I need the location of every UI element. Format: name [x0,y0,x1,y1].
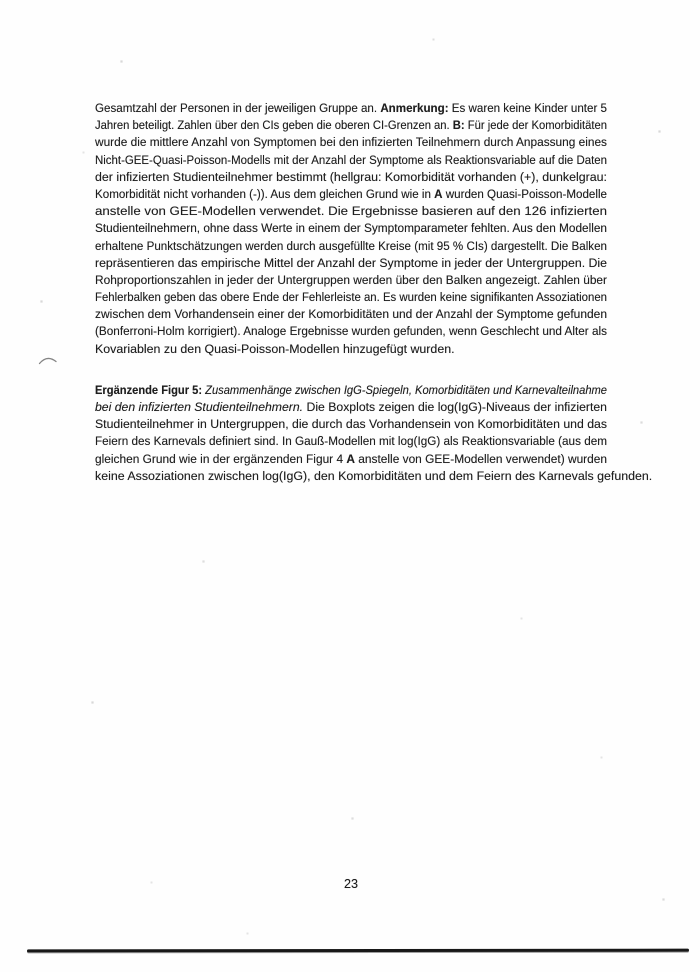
text-line-content: zwischen dem Vorhandensein einer der Kom… [95,306,607,323]
scan-dust-speckles [0,0,1,1]
text-line: gleichen Grund wie in der ergänzenden Fi… [95,451,607,468]
text-line: Gesamtzahl der Personen in der jeweilige… [95,100,607,117]
text-line: Ergänzende Figur 5: Zusammenhänge zwisch… [95,382,607,399]
text-line-content: Kovariablen zu den Quasi-Poisson-Modelle… [95,341,455,358]
text-line-content: Feiern des Karnevals definiert sind. In … [95,433,607,450]
text-line: Feiern des Karnevals definiert sind. In … [95,433,607,450]
text-line: Studienteilnehmern, ohne dass Werte in e… [95,220,607,237]
text-line-content: Gesamtzahl der Personen in der jeweilige… [95,100,607,117]
text-line-content: Fehlerbalken geben das obere Ende der Fe… [95,289,607,306]
text-line-content: Ergänzende Figur 5: Zusammenhänge zwisch… [95,382,607,399]
text-line-content: erhaltene Punktschätzungen werden durch … [95,238,607,255]
text-line-content: der infizierten Studienteilnehmer bestim… [95,169,607,186]
text-line: Kovariablen zu den Quasi-Poisson-Modelle… [95,341,607,358]
text-line-content: (Bonferroni-Holm korrigiert). Analoge Er… [95,323,607,340]
figure-5-caption: Ergänzende Figur 5: Zusammenhänge zwisch… [95,382,607,485]
page-number: 23 [95,876,607,893]
document-page: Gesamtzahl der Personen in der jeweilige… [0,0,700,972]
text-line-content: keine Assoziationen zwischen log(IgG), d… [95,468,652,485]
text-line-content: Studienteilnehmer in Untergruppen, die d… [95,416,607,433]
text-line-content: anstelle von GEE-Modellen verwendet. Die… [95,203,607,220]
text-line: wurde die mittlere Anzahl von Symptomen … [95,134,607,151]
caption-text-block: Gesamtzahl der Personen in der jeweilige… [95,100,607,485]
text-line: der infizierten Studienteilnehmer bestim… [95,169,607,186]
text-line: repräsentieren das empirische Mittel der… [95,255,607,272]
text-line-content: bei den infizierten Studienteilnehmern. … [95,399,607,416]
text-line: (Bonferroni-Holm korrigiert). Analoge Er… [95,323,607,340]
text-line: Nicht-GEE-Quasi-Poisson-Modells mit der … [95,152,607,169]
text-line: anstelle von GEE-Modellen verwendet. Die… [95,203,607,220]
text-line: Fehlerbalken geben das obere Ende der Fe… [95,289,607,306]
text-line: Studienteilnehmer in Untergruppen, die d… [95,416,607,433]
figure-4-caption-continuation: Gesamtzahl der Personen in der jeweilige… [95,100,607,358]
text-line: Rohproportionszahlen in jeder der Unterg… [95,272,607,289]
text-line: Komorbidität nicht vorhanden (-)). Aus d… [95,186,607,203]
text-line: zwischen dem Vorhandensein einer der Kom… [95,306,607,323]
text-line-content: gleichen Grund wie in der ergänzenden Fi… [95,451,607,468]
text-line-content: Studienteilnehmern, ohne dass Werte in e… [95,220,607,237]
text-line-content: Rohproportionszahlen in jeder der Unterg… [95,272,607,289]
text-line-content: wurde die mittlere Anzahl von Symptomen … [95,134,607,151]
text-line: keine Assoziationen zwischen log(IgG), d… [95,468,607,485]
text-line: erhaltene Punktschätzungen werden durch … [95,238,607,255]
text-line-content: repräsentieren das empirische Mittel der… [95,255,607,272]
pen-mark-arc [38,353,58,367]
text-line-content: Nicht-GEE-Quasi-Poisson-Modells mit der … [95,152,607,169]
text-line-content: Komorbidität nicht vorhanden (-)). Aus d… [95,186,607,203]
text-line: Jahren beteiligt. Zahlen über den CIs ge… [95,117,607,134]
text-line-content: Jahren beteiligt. Zahlen über den CIs ge… [95,117,607,134]
scan-artifact-line [27,949,689,953]
text-line: bei den infizierten Studienteilnehmern. … [95,399,607,416]
